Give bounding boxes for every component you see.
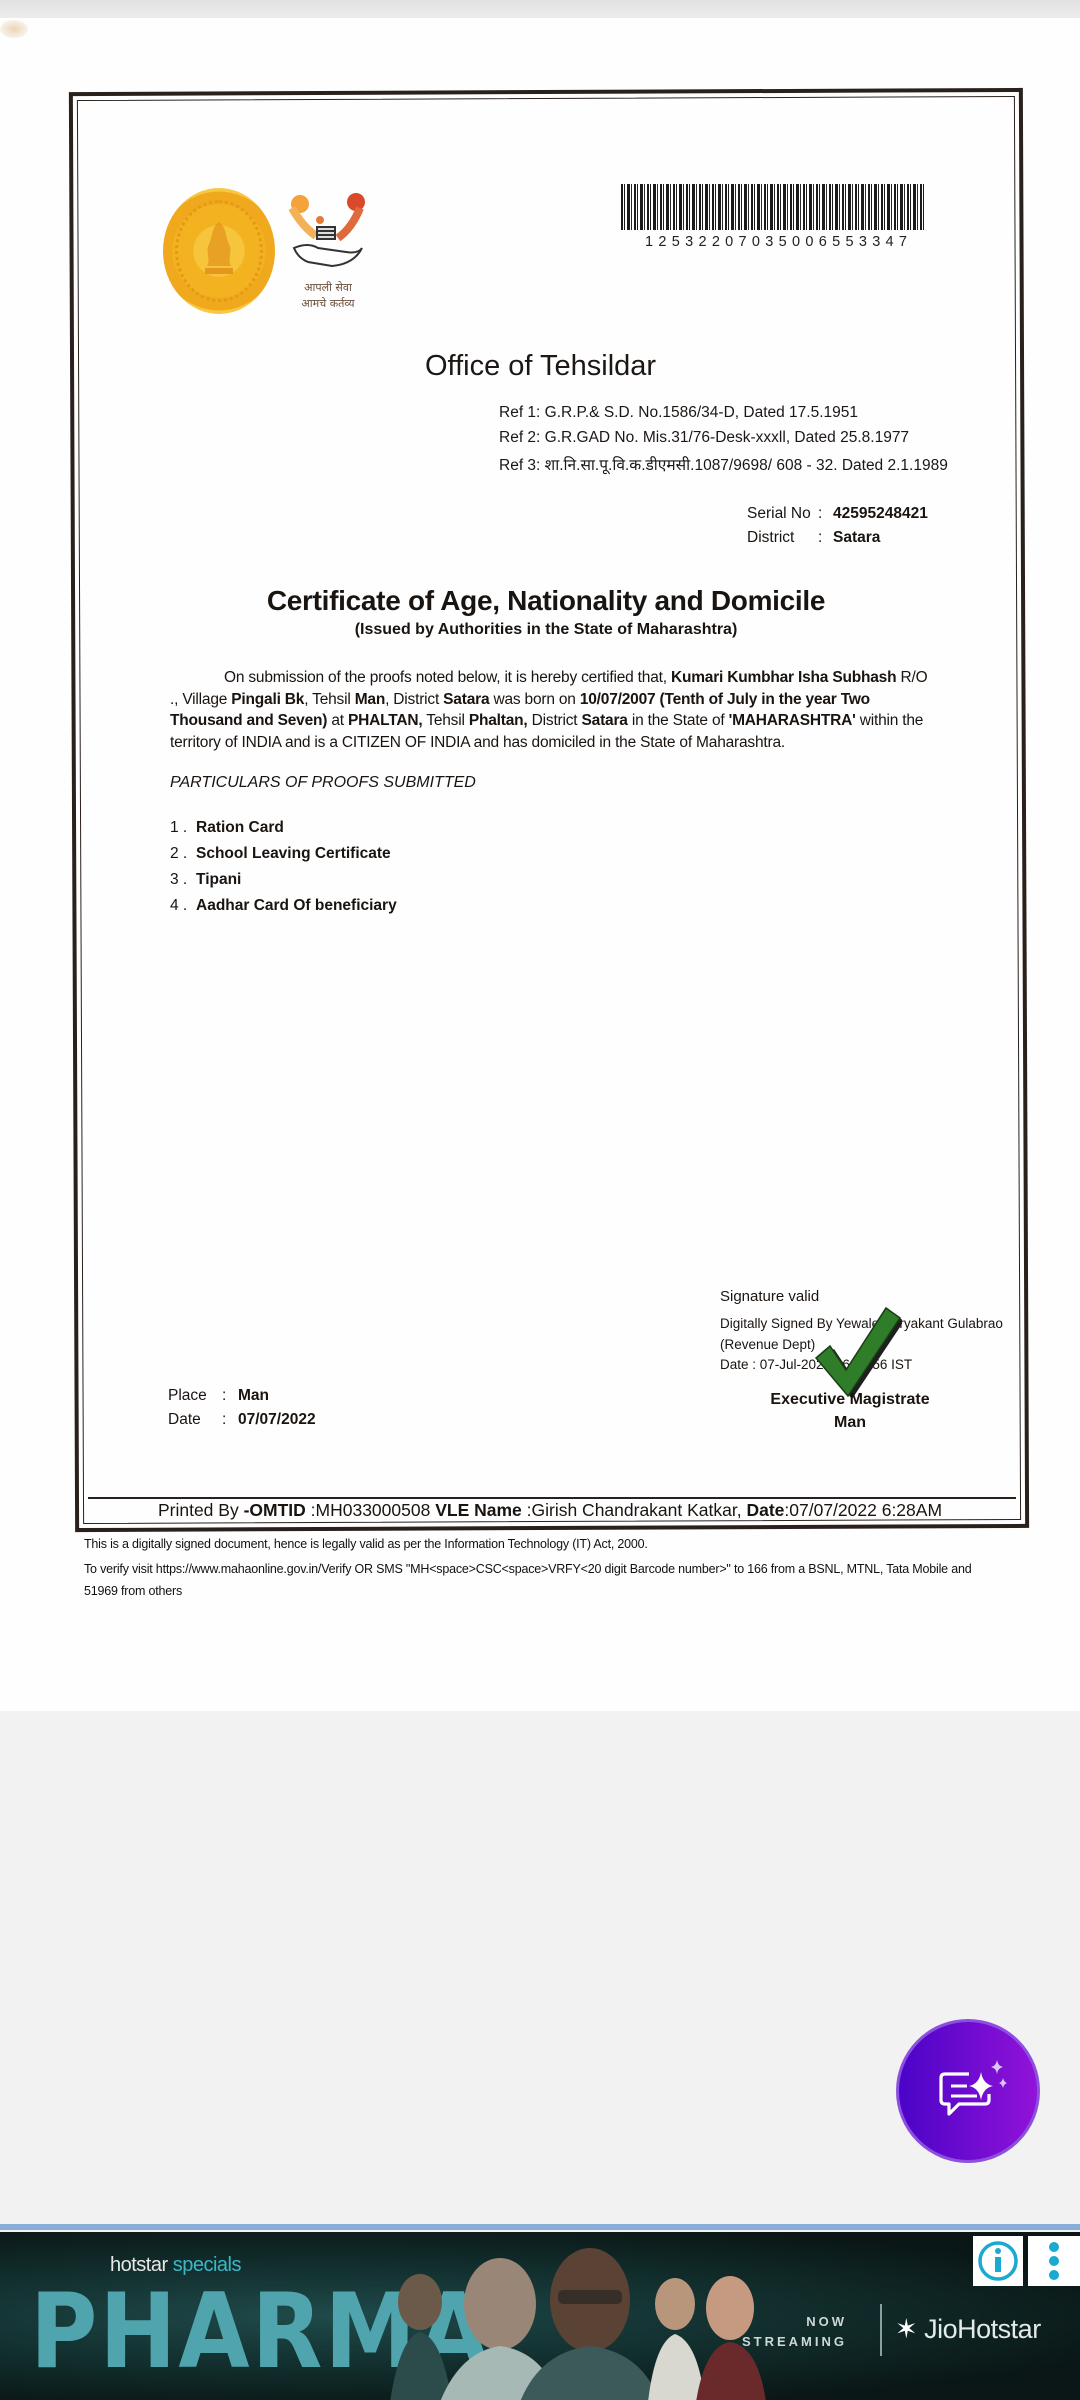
ad-banner[interactable]: hotstar specials PHARMA NOWSTREAMING ✶ J…	[0, 2232, 1080, 2400]
birth-district: Satara	[582, 712, 628, 729]
district: Satara	[443, 691, 489, 708]
footer-verify-note-cont: 51969 from others	[84, 1584, 182, 1596]
reference-3: Ref 3: शा.नि.सा.पू.वि.क.डीएमसी.1087/9698…	[499, 453, 948, 475]
barcode-number: 12532207035006553347	[645, 234, 912, 250]
hands-service-icon	[288, 192, 368, 278]
paper-stain	[0, 20, 28, 38]
birth-tehsil: Phaltan,	[469, 712, 528, 729]
ad-top-rule	[0, 2224, 1080, 2230]
ad-now-streaming: NOWSTREAMING	[742, 2312, 847, 2352]
ad-platform-name: ✶ JioHotstar	[895, 2314, 1041, 2345]
reference-1: Ref 1: G.R.P.& S.D. No.1586/34-D, Dated …	[499, 404, 858, 422]
printed-by-line: Printed By -OMTID :MH033000508 VLE Name …	[0, 1500, 1080, 1521]
date-row: Date:07/07/2022	[168, 1411, 316, 1429]
signature-status: Signature valid	[720, 1288, 819, 1305]
certification-paragraph: On submission of the proofs noted below,…	[170, 667, 930, 753]
proof-item: 4 .Aadhar Card Of beneficiary	[170, 897, 397, 915]
reference-2: Ref 2: G.R.GAD No. Mis.31/76-Desk-xxxll,…	[499, 429, 909, 447]
particulars-heading: PARTICULARS OF PROOFS SUBMITTED	[170, 774, 476, 792]
signer-department: (Revenue Dept)	[720, 1337, 815, 1352]
maharashtra-seal-emblem	[163, 188, 275, 314]
serial-label: Serial No	[747, 505, 811, 523]
ai-assistant-button[interactable]	[896, 2019, 1040, 2163]
certificate-subtitle: (Issued by Authorities in the State of M…	[0, 621, 1080, 639]
info-icon	[973, 2236, 1023, 2286]
district-value: Satara	[833, 529, 880, 547]
applicant-name: Kumari Kumbhar Isha Subhash	[671, 669, 896, 686]
emblem-caption-line-1: आपली सेवा	[288, 280, 368, 295]
birth-place: PHALTAN,	[348, 712, 422, 729]
state: 'MAHARASHTRA'	[729, 712, 856, 729]
signer-designation: Executive Magistrate	[0, 1391, 1080, 1409]
browser-top-edge	[0, 0, 1080, 18]
tehsil: Man	[355, 691, 385, 708]
ad-info-button[interactable]	[973, 2236, 1023, 2286]
seal-figure-icon	[201, 218, 237, 280]
village: Pingali Bk	[231, 691, 304, 708]
district-label: District	[747, 529, 794, 547]
proof-item: 2 .School Leaving Certificate	[170, 845, 391, 863]
proof-item: 1 .Ration Card	[170, 819, 284, 837]
place-row: Place:Man	[168, 1387, 269, 1405]
aaple-sarkar-logo: आपली सेवा आमचे कर्तव्य	[288, 192, 368, 320]
certificate-title: Certificate of Age, Nationality and Domi…	[0, 585, 1080, 617]
emblem-caption-line-2: आमचे कर्तव्य	[288, 296, 368, 311]
ai-chat-sparkle-icon	[935, 2054, 1007, 2126]
signature-valid-check-icon	[812, 1300, 902, 1400]
footer-verify-note: To verify visit https://www.mahaonline.g…	[84, 1562, 971, 1576]
signer-location: Man	[0, 1414, 1080, 1432]
footer-legal-note: This is a digitally signed document, hen…	[84, 1537, 648, 1551]
printed-by-divider	[88, 1497, 1016, 1499]
more-vert-icon	[1028, 2236, 1080, 2286]
ad-cast-image	[380, 2242, 940, 2400]
ad-more-options-button[interactable]	[1028, 2236, 1080, 2286]
barcode	[621, 184, 925, 230]
proof-item: 3 .Tipani	[170, 871, 241, 889]
office-heading: Office of Tehsildar	[425, 350, 656, 383]
serial-value: 42595248421	[833, 505, 928, 523]
